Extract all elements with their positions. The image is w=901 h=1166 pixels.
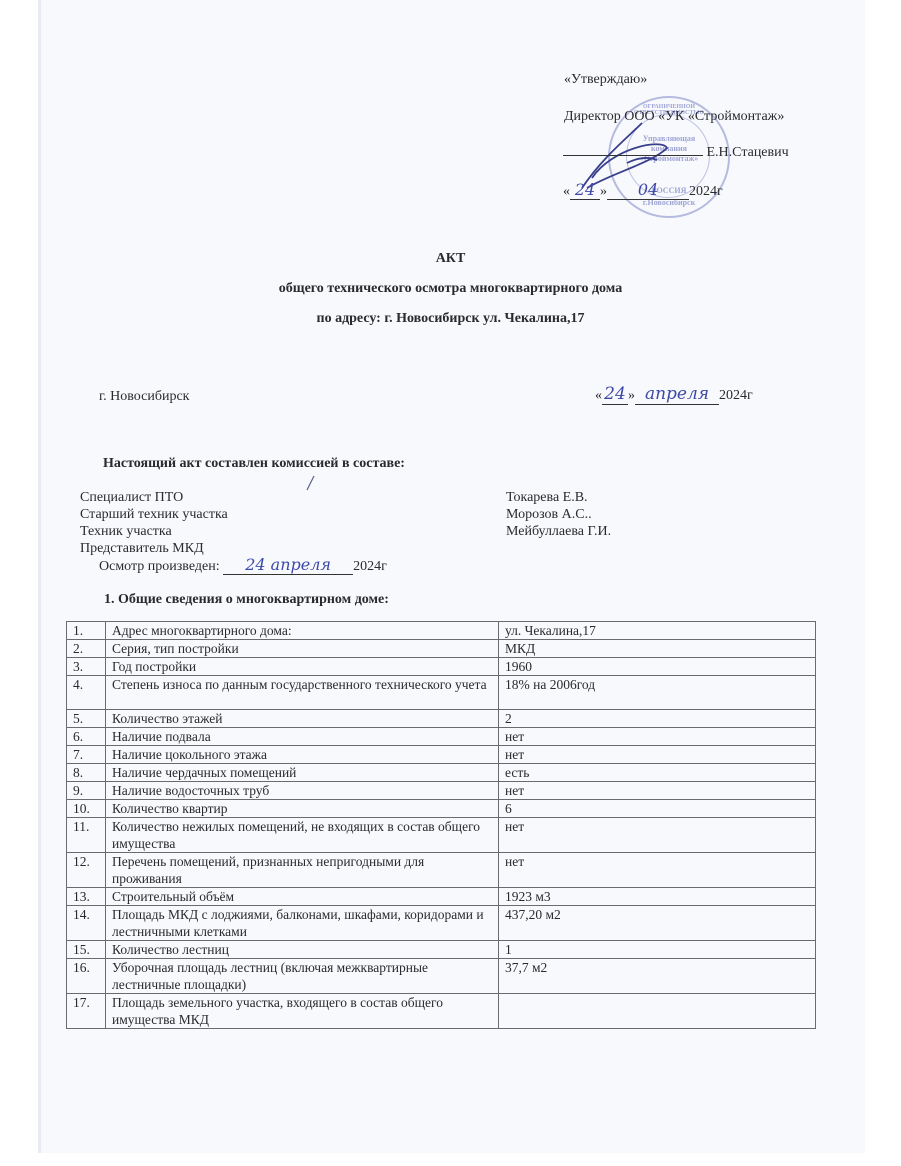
approval-year: 2024г <box>689 184 723 199</box>
row-number: 16. <box>67 959 106 994</box>
row-value: 2 <box>499 710 816 728</box>
commission-roles: Специалист ПТО Старший техник участка Те… <box>80 489 228 557</box>
approval-month: 04 <box>607 180 689 200</box>
row-value: нет <box>499 746 816 764</box>
commission-role: Старший техник участка <box>80 506 228 523</box>
table-row: 8.Наличие чердачных помещенийесть <box>67 764 816 782</box>
row-value: 6 <box>499 800 816 818</box>
table-row: 7.Наличие цокольного этажанет <box>67 746 816 764</box>
row-label: Год постройки <box>106 658 499 676</box>
row-value: 1923 м3 <box>499 888 816 906</box>
quote-open: « <box>595 388 602 403</box>
section-heading: 1. Общие сведения о многоквартирном доме… <box>104 592 389 608</box>
row-label: Площадь земельного участка, входящего в … <box>106 994 499 1029</box>
row-number: 12. <box>67 853 106 888</box>
document-address: по адресу: г. Новосибирск ул. Чекалина,1… <box>0 311 901 327</box>
row-number: 1. <box>67 622 106 640</box>
table-row: 17.Площадь земельного участка, входящего… <box>67 994 816 1029</box>
row-value: МКД <box>499 640 816 658</box>
building-info-table: 1.Адрес многоквартирного дома:ул. Чекали… <box>66 621 816 1029</box>
row-number: 17. <box>67 994 106 1029</box>
pen-mark-icon <box>300 474 320 494</box>
row-label: Количество квартир <box>106 800 499 818</box>
table-row: 9.Наличие водосточных трубнет <box>67 782 816 800</box>
act-date: «24»апреля2024г <box>595 384 753 405</box>
row-label: Количество лестниц <box>106 941 499 959</box>
document-title: АКТ <box>0 251 901 267</box>
table-row: 14.Площадь МКД с лоджиями, балконами, шк… <box>67 906 816 941</box>
row-value: нет <box>499 728 816 746</box>
commission-names: Токарева Е.В. Морозов А.С.. Мейбуллаева … <box>506 489 611 540</box>
quote-close: » <box>628 388 635 403</box>
table-row: 13.Строительный объём1923 м3 <box>67 888 816 906</box>
commission-heading: Настоящий акт составлен комиссией в сост… <box>103 456 405 472</box>
row-number: 14. <box>67 906 106 941</box>
director-signature-line: Е.Н.Стацевич <box>563 145 789 161</box>
row-label: Адрес многоквартирного дома: <box>106 622 499 640</box>
row-label: Перечень помещений, признанных непригодн… <box>106 853 499 888</box>
row-label: Наличие чердачных помещений <box>106 764 499 782</box>
row-number: 9. <box>67 782 106 800</box>
row-value: 1960 <box>499 658 816 676</box>
table-row: 3.Год постройки1960 <box>67 658 816 676</box>
quote-close: » <box>600 184 607 199</box>
row-label: Количество этажей <box>106 710 499 728</box>
approve-label: «Утверждаю» <box>564 72 647 88</box>
row-number: 13. <box>67 888 106 906</box>
row-label: Степень износа по данным государственног… <box>106 676 499 710</box>
row-label: Количество нежилых помещений, не входящи… <box>106 818 499 853</box>
table-row: 16.Уборочная площадь лестниц (включая ме… <box>67 959 816 994</box>
row-value: 437,20 м2 <box>499 906 816 941</box>
table-row: 15.Количество лестниц1 <box>67 941 816 959</box>
city: г. Новосибирск <box>99 389 189 405</box>
row-number: 5. <box>67 710 106 728</box>
commission-member: Мейбуллаева Г.И. <box>506 523 611 540</box>
row-label: Строительный объём <box>106 888 499 906</box>
row-value: 1 <box>499 941 816 959</box>
row-number: 7. <box>67 746 106 764</box>
row-value: 18% на 2006год <box>499 676 816 710</box>
row-label: Серия, тип постройки <box>106 640 499 658</box>
row-number: 15. <box>67 941 106 959</box>
row-label: Наличие подвала <box>106 728 499 746</box>
row-label: Наличие цокольного этажа <box>106 746 499 764</box>
commission-member: Токарева Е.В. <box>506 489 611 506</box>
table-row: 1.Адрес многоквартирного дома:ул. Чекали… <box>67 622 816 640</box>
inspection-date: 24 апреля <box>223 555 353 575</box>
table-row: 11.Количество нежилых помещений, не вход… <box>67 818 816 853</box>
row-label: Наличие водосточных труб <box>106 782 499 800</box>
table-row: 4.Степень износа по данным государственн… <box>67 676 816 710</box>
row-value: нет <box>499 818 816 853</box>
act-day: 24 <box>602 384 628 405</box>
inspection-date-line: Осмотр произведен: 24 апреля2024г <box>99 555 387 575</box>
table-row: 6.Наличие подваланет <box>67 728 816 746</box>
inspection-year: 2024г <box>353 559 387 574</box>
row-label: Площадь МКД с лоджиями, балконами, шкафа… <box>106 906 499 941</box>
row-number: 10. <box>67 800 106 818</box>
approval-date: «24»042024г <box>563 180 723 200</box>
row-number: 11. <box>67 818 106 853</box>
row-number: 4. <box>67 676 106 710</box>
inspection-label: Осмотр произведен: <box>99 559 220 574</box>
act-month: апреля <box>635 384 719 405</box>
row-value: нет <box>499 853 816 888</box>
row-value: нет <box>499 782 816 800</box>
document-subtitle: общего технического осмотра многоквартир… <box>0 281 901 297</box>
row-value: ул. Чекалина,17 <box>499 622 816 640</box>
row-number: 3. <box>67 658 106 676</box>
table-row: 5.Количество этажей2 <box>67 710 816 728</box>
row-number: 2. <box>67 640 106 658</box>
quote-open: « <box>563 184 570 199</box>
commission-role: Техник участка <box>80 523 228 540</box>
table-row: 10.Количество квартир6 <box>67 800 816 818</box>
table-row: 12.Перечень помещений, признанных неприг… <box>67 853 816 888</box>
table-row: 2.Серия, тип постройкиМКД <box>67 640 816 658</box>
director-name: Е.Н.Стацевич <box>707 145 789 160</box>
row-label: Уборочная площадь лестниц (включая межкв… <box>106 959 499 994</box>
commission-role: Специалист ПТО <box>80 489 228 506</box>
commission-member: Морозов А.С.. <box>506 506 611 523</box>
approval-day: 24 <box>570 180 600 200</box>
row-number: 8. <box>67 764 106 782</box>
row-number: 6. <box>67 728 106 746</box>
act-year: 2024г <box>719 388 753 403</box>
row-value: 37,7 м2 <box>499 959 816 994</box>
row-value: есть <box>499 764 816 782</box>
row-value <box>499 994 816 1029</box>
